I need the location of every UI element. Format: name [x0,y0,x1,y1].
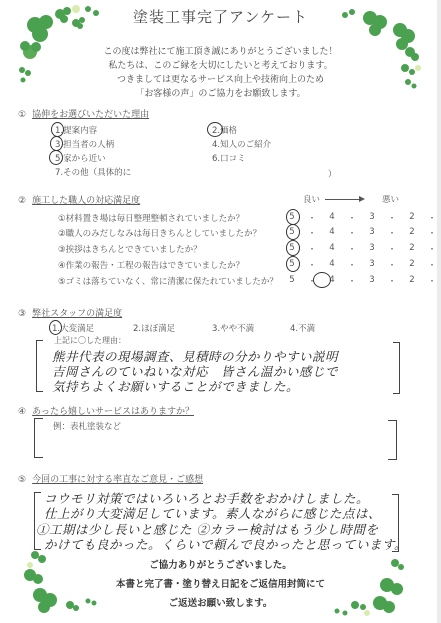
q1-option-6[interactable]: 6.口コミ [212,152,246,164]
q1-title: 協伸をお選びいただいた理由 [32,110,149,120]
scale-bad-label: 悪い [382,193,399,205]
q2-item-1: ①材料置き場は毎日整理整頓されていましたか？ [58,212,244,224]
q2-heading: ②施工した職人の対応満足度 [18,193,140,206]
intro-line: この度は弊社にて施工頂き誠にありがとうございました！ [0,45,441,59]
selected-circle-mark [313,272,331,288]
q3-option-3[interactable]: 3.やや不満 [212,322,254,334]
service-box-left-bracket [34,418,43,458]
footer-thanks: ご協力ありがとうございました。 本書と完了書・塗り替え日記をご返信用封筒にて ご… [0,556,441,613]
q2-item-3: ③挨拶はきちんとできていましたか？ [58,243,202,255]
rating-scale-row-1[interactable]: 5・4・3・2・1 [282,212,441,224]
q1-number: ① [18,110,26,120]
selected-circle-mark [286,209,300,225]
selected-circle-mark [286,224,300,240]
reason-handwriting-line-3: 気持ちよくお願いすることができました。 [52,377,299,395]
selected-circle-mark [49,150,63,165]
q5-title: 今回の工事に対する率直なご意見・ご感想 [32,475,203,485]
q5-number: ⑤ [18,475,26,485]
service-answer-field[interactable] [48,432,383,454]
q2-item-2: ②職人のみだしなみは毎日きちんとしていましたか？ [58,227,261,239]
q1-heading: ①協伸をお選びいただいた理由 [18,107,149,120]
q2-title: 施工した職人の対応満足度 [32,196,140,206]
rating-scale-row-5[interactable]: 5・4・3・2・1 [282,275,441,287]
q3-option-2[interactable]: 2.ほぼ満足 [133,322,175,334]
footer-line: ご返送お願い致します。 [0,594,441,613]
q3-heading: ③弊社スタッフの満足度 [18,306,122,319]
intro-line: 私たちは、このご縁を大切にしたいと考えております。 [0,59,441,73]
q1-option-3[interactable]: 3.担当者の人柄 [55,138,114,150]
service-example: 例：表札塗装など [53,420,121,432]
q4-heading: ④あったら嬉しいサービスはありますか？ [18,404,194,417]
q5-heading: ⑤今回の工事に対する率直なご意見・ご感想 [18,472,203,485]
scale-good-label: 良い [303,193,320,205]
footer-line: ご協力ありがとうございました。 [0,556,441,575]
q1-option-4[interactable]: 4.知人のご紹介 [212,138,271,150]
intro-text: この度は弊社にて施工頂き誠にありがとうございました！ 私たちは、このご縁を大切に… [0,45,441,101]
rating-scale-row-4[interactable]: 5・4・3・2・1 [282,259,441,271]
rating-scale-row-2[interactable]: 5・4・3・2・1 [282,227,441,239]
service-box-right-bracket [388,420,397,460]
footer-line: 本書と完了書・塗り替え日記をご返信用封筒にて [0,575,441,594]
reason-box-left-bracket [36,340,43,392]
comment-handwriting-line-4: かけても良かった。くらいで頼んで良かったと思っています。 [44,535,407,553]
arrow-head-icon [359,196,365,202]
q4-number: ④ [18,407,26,417]
q4-title: あったら嬉しいサービスはありますか？ [32,407,194,417]
scale-arrow-icon [325,199,360,200]
q1-other-close: ） [328,168,337,180]
q1-option-7[interactable]: 7.その他（具体的に [55,166,131,178]
q3-title: 弊社スタッフの満足度 [32,309,122,319]
reason-box-right-bracket [393,342,400,394]
intro-line: 「お客様の声」のご協力をお願致します。 [0,87,441,101]
rating-scale-row-3[interactable]: 5・4・3・2・1 [282,243,441,255]
selected-circle-mark [51,122,64,137]
q3-number: ③ [18,309,26,319]
selected-circle-mark [286,240,300,256]
intro-line: つきましては更なるサービス向上や技術向上のため [0,73,441,87]
q2-item-5: ⑤ゴミは落ちていなく、常に清潔に保たれていましたか？ [58,275,278,287]
selected-circle-mark [50,136,63,151]
selected-circle-mark [286,256,300,272]
selected-circle-mark [207,122,223,137]
reason-label: 上記に〇した理由： [52,335,128,346]
q3-option-4[interactable]: 4.不満 [290,322,315,334]
page-title: 塗装工事完了アンケート [0,6,441,27]
q2-item-4: ④作業の報告・工程の報告はできていましたか？ [58,259,244,271]
selected-circle-mark [49,320,62,335]
q2-number: ② [18,196,26,206]
